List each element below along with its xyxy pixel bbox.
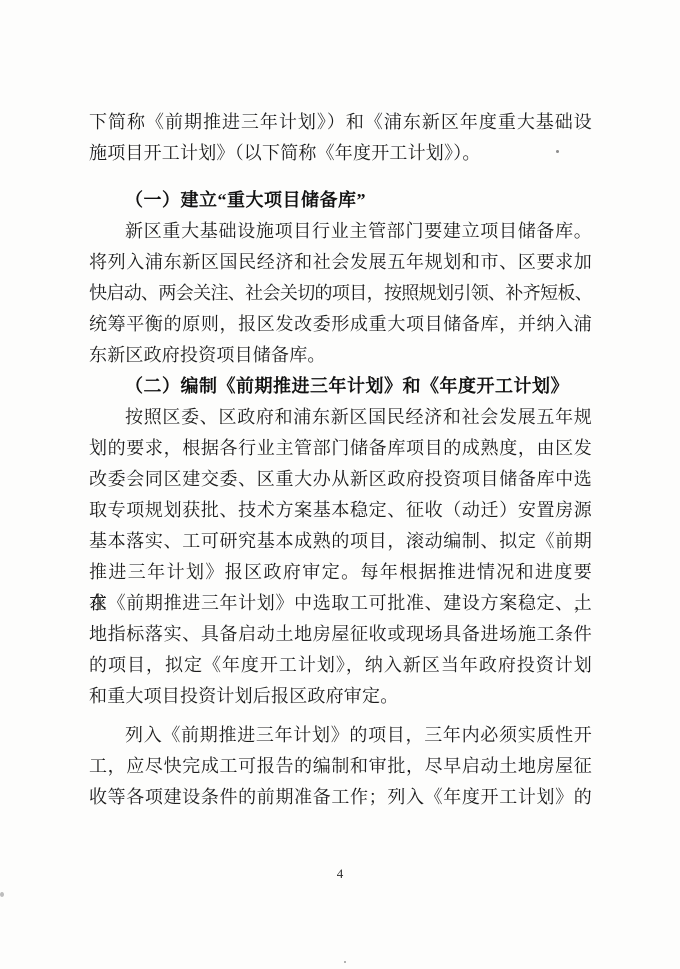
text-line: 快启动、两会关注、社会关切的项目，按照规划引领、补齐短板、 [89,278,592,309]
text-line: 取专项规划获批、技术方案基本稳定、征收（动迁）安置房源 [89,495,592,526]
text-line: 基本落实、工可研究基本成熟的项目，滚动编制、拟定《前期 [89,526,592,557]
document-page: 下简称《前期推进三年计划》）和《浦东新区年度重大基础设 施项目开工计划》（以下简… [0,0,680,969]
text-line: 统筹平衡的原则，报区发改委形成重大项目储备库，并纳入浦 [89,309,592,340]
section-heading-2: （二）编制《前期推进三年计划》和《年度开工计划》 [89,371,592,402]
text-line: 施项目开工计划》（以下简称《年度开工计划》）。 [89,138,592,169]
text-line: 收等各项建设条件的前期准备工作；列入《年度开工计划》的 [89,782,592,813]
text-line: 推进三年计划》报区政府审定。每年根据推进情况和进度要求， [89,557,592,588]
text-line: 将列入浦东新区国民经济和社会发展五年规划和市、区要求加 [89,247,592,278]
text-line: 划的要求，根据各行业主管部门储备库项目的成熟度，由区发 [89,433,592,464]
text-line: 在《前期推进三年计划》中选取工可批准、建设方案稳定、土 [89,588,592,619]
text-line: 地指标落实、具备启动土地房屋征收或现场具备进场施工条件 [89,619,592,650]
text-line: 和重大项目投资计划后报区政府审定。 [89,681,592,712]
text-line: 东新区政府投资项目储备库。 [89,340,592,371]
page-number: 4 [0,866,680,882]
text-line: 改委会同区建交委、区重大办从新区政府投资项目储备库中选 [89,464,592,495]
scan-speck [0,892,4,897]
scan-speck [344,961,346,963]
document-body: 下简称《前期推进三年计划》）和《浦东新区年度重大基础设 施项目开工计划》（以下简… [89,107,592,813]
text-line: 的项目，拟定《年度开工计划》，纳入新区当年政府投资计划 [89,650,592,681]
text-line: 下简称《前期推进三年计划》）和《浦东新区年度重大基础设 [89,107,592,138]
text-line: 按照区委、区政府和浦东新区国民经济和社会发展五年规 [89,402,592,433]
text-line: 列入《前期推进三年计划》的项目，三年内必须实质性开 [89,720,592,751]
scan-speck [556,150,559,153]
text-line: 新区重大基础设施项目行业主管部门要建立项目储备库。 [89,216,592,247]
text-line: 工，应尽快完成工可报告的编制和审批，尽早启动土地房屋征 [89,751,592,782]
section-heading-1: （一）建立“重大项目储备库” [89,185,592,216]
